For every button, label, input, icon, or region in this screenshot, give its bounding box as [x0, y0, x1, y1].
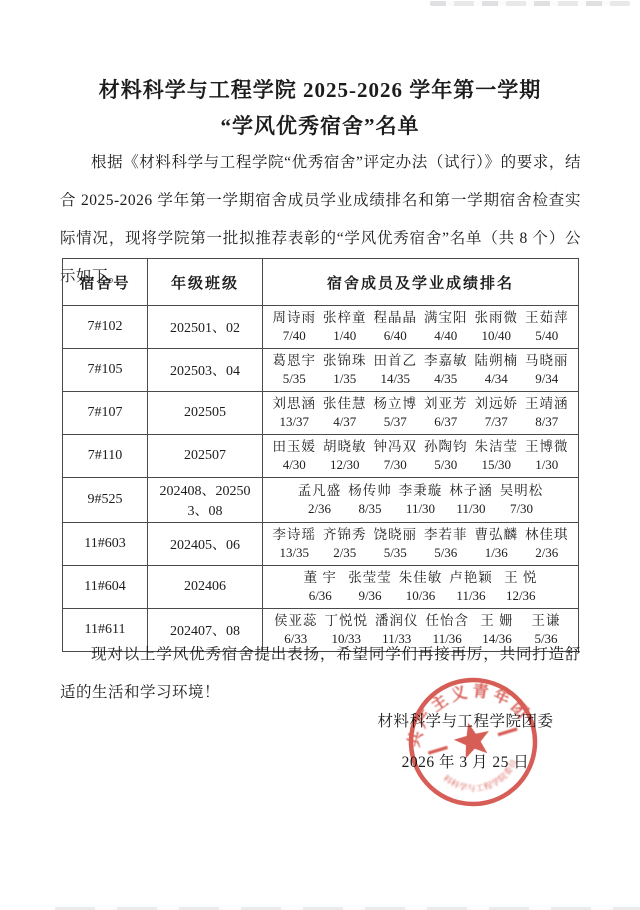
- member-rank: 13/37: [279, 413, 309, 431]
- room-number: 9#525: [63, 478, 148, 523]
- signature-org: 材料科学与工程学院团委: [368, 710, 563, 734]
- header-members: 宿舍成员及学业成绩排名: [263, 259, 579, 306]
- member: 吴明松7/30: [500, 482, 544, 518]
- member: 葛恩宇5/35: [273, 352, 317, 388]
- member: 田首乙14/35: [374, 352, 418, 388]
- member: 马晓丽9/34: [525, 352, 569, 388]
- table-row: 11#603 202405、06 李诗瑶13/35 齐锦秀2/35 饶晓丽5/3…: [63, 523, 579, 566]
- member-rank: 14/35: [380, 370, 410, 388]
- member-name: 董 宇: [304, 569, 337, 587]
- signature-block: 材料科学与工程学院团委 2026 年 3 月 25 日: [368, 710, 563, 775]
- member: 张佳慧4/37: [323, 395, 367, 431]
- member-name: 侯亚蕊: [274, 612, 318, 630]
- member-rank: 1/35: [333, 370, 356, 388]
- member-rank: 8/35: [358, 500, 381, 518]
- member-name: 张锦珠: [323, 352, 367, 370]
- member-rank: 6/37: [434, 413, 457, 431]
- member-rank: 2/35: [333, 544, 356, 562]
- member: 刘思涵13/37: [273, 395, 317, 431]
- member-rank: 6/36: [309, 587, 332, 605]
- member-rank: 12/30: [330, 456, 360, 474]
- member-name: 李嘉敏: [424, 352, 468, 370]
- table-row: 7#102 202501、02 周诗雨7/40 张梓童1/40 程晶晶6/40 …: [63, 306, 579, 349]
- member-name: 张莹莹: [348, 569, 392, 587]
- member-rank: 4/35: [434, 370, 457, 388]
- member: 孙陶钧5/30: [424, 438, 468, 474]
- member: 林佳琪2/36: [525, 526, 569, 562]
- member-name: 潘润仪: [375, 612, 419, 630]
- room-number: 11#603: [63, 523, 148, 566]
- member: 杨立博5/37: [374, 395, 418, 431]
- class-numbers: 202408、202503、08: [148, 478, 263, 523]
- table-row: 7#110 202507 田玉媛4/30 胡晓敏12/30 钟冯双7/30 孙陶…: [63, 435, 579, 478]
- header-class: 年级班级: [148, 259, 263, 306]
- member-name: 李秉璇: [399, 482, 443, 500]
- member: 王茹萍5/40: [525, 309, 569, 345]
- member-name: 陆朔楠: [475, 352, 519, 370]
- member-list: 李诗瑶13/35 齐锦秀2/35 饶晓丽5/35 李若菲5/36 曹弘麟1/36…: [266, 526, 575, 562]
- member-rank: 10/36: [406, 587, 436, 605]
- member: 田玉媛4/30: [273, 438, 317, 474]
- member-rank: 5/35: [384, 544, 407, 562]
- member-rank: 5/36: [434, 544, 457, 562]
- table-header-row: 宿舍号 年级班级 宿舍成员及学业成绩排名: [63, 259, 579, 306]
- closing-paragraph: 现对以上学风优秀宿舍提出表扬，希望同学们再接再厉，共同打造舒适的生活和学习环境！: [60, 636, 581, 712]
- member: 曹弘麟1/36: [475, 526, 519, 562]
- signature-date: 2026 年 3 月 25 日: [368, 751, 563, 775]
- member: 王博微1/30: [525, 438, 569, 474]
- member: 李若菲5/36: [424, 526, 468, 562]
- member-rank: 10/40: [481, 327, 511, 345]
- member-rank: 9/34: [535, 370, 558, 388]
- member-rank: 6/40: [384, 327, 407, 345]
- member-name: 田玉媛: [273, 438, 317, 456]
- member-rank: 4/30: [283, 456, 306, 474]
- member-name: 王 姗: [480, 612, 513, 630]
- member-name: 杨立博: [374, 395, 418, 413]
- member-rank: 12/36: [506, 587, 536, 605]
- member-rank: 15/30: [481, 456, 511, 474]
- member: 周诗雨7/40: [273, 309, 317, 345]
- member: 饶晓丽5/35: [374, 526, 418, 562]
- member-name: 任怡含: [426, 612, 470, 630]
- member-name: 林佳琪: [525, 526, 569, 544]
- member-rank: 5/35: [283, 370, 306, 388]
- member-name: 周诗雨: [273, 309, 317, 327]
- scan-artifact-top: [430, 1, 630, 6]
- member-list: 周诗雨7/40 张梓童1/40 程晶晶6/40 满宝阳4/40 张雨微10/40…: [266, 309, 575, 345]
- member-name: 孟凡盛: [298, 482, 342, 500]
- table-row: 7#107 202505 刘思涵13/37 张佳慧4/37 杨立博5/37 刘亚…: [63, 392, 579, 435]
- member: 王 悦12/36: [500, 569, 542, 605]
- member-rank: 1/30: [535, 456, 558, 474]
- member-name: 李诗瑶: [273, 526, 317, 544]
- member-rank: 1/36: [485, 544, 508, 562]
- room-number: 7#105: [63, 349, 148, 392]
- member-name: 张梓童: [323, 309, 367, 327]
- class-numbers: 202507: [148, 435, 263, 478]
- member: 王靖涵8/37: [525, 395, 569, 431]
- member-rank: 1/40: [333, 327, 356, 345]
- member: 刘远娇7/37: [475, 395, 519, 431]
- table-row: 11#604 202406 董 宇6/36 张莹莹9/36 朱佳敏10/36 卢…: [63, 566, 579, 609]
- member-name: 孙陶钧: [424, 438, 468, 456]
- member-rank: 4/34: [485, 370, 508, 388]
- member-name: 钟冯双: [374, 438, 418, 456]
- member: 朱洁莹15/30: [475, 438, 519, 474]
- member-name: 刘思涵: [273, 395, 317, 413]
- member-name: 卢艳颖: [449, 569, 493, 587]
- member-name: 吴明松: [500, 482, 544, 500]
- title-line-1: 材料科学与工程学院 2025-2026 学年第一学期: [0, 72, 640, 108]
- member: 李秉璇11/30: [399, 482, 443, 518]
- member: 李嘉敏4/35: [424, 352, 468, 388]
- member-name: 张雨微: [475, 309, 519, 327]
- member-name: 杨传帅: [348, 482, 392, 500]
- room-number: 7#110: [63, 435, 148, 478]
- member: 钟冯双7/30: [374, 438, 418, 474]
- member-name: 刘远娇: [475, 395, 519, 413]
- member-name: 张佳慧: [323, 395, 367, 413]
- member-list: 孟凡盛2/36 杨传帅8/35 李秉璇11/30 林子涵11/30 吴明松7/3…: [266, 482, 575, 518]
- member-rank: 5/40: [535, 327, 558, 345]
- member: 孟凡盛2/36: [298, 482, 342, 518]
- member: 程晶晶6/40: [374, 309, 418, 345]
- table-row: 9#525 202408、202503、08 孟凡盛2/36 杨传帅8/35 李…: [63, 478, 579, 523]
- class-numbers: 202503、04: [148, 349, 263, 392]
- table-row: 7#105 202503、04 葛恩宇5/35 张锦珠1/35 田首乙14/35…: [63, 349, 579, 392]
- member: 林子涵11/30: [449, 482, 493, 518]
- member: 胡晓敏12/30: [323, 438, 367, 474]
- member: 卢艳颖11/36: [449, 569, 493, 605]
- member-rank: 4/37: [333, 413, 356, 431]
- member-name: 王 悦: [504, 569, 537, 587]
- member-name: 刘亚芳: [424, 395, 468, 413]
- member-name: 曹弘麟: [475, 526, 519, 544]
- member: 杨传帅8/35: [348, 482, 392, 518]
- member: 刘亚芳6/37: [424, 395, 468, 431]
- member: 朱佳敏10/36: [399, 569, 443, 605]
- member-name: 王靖涵: [525, 395, 569, 413]
- member-name: 葛恩宇: [273, 352, 317, 370]
- member-name: 满宝阳: [424, 309, 468, 327]
- member-name: 朱佳敏: [399, 569, 443, 587]
- member-name: 林子涵: [449, 482, 493, 500]
- member-rank: 8/37: [535, 413, 558, 431]
- member-rank: 7/37: [485, 413, 508, 431]
- member: 张雨微10/40: [475, 309, 519, 345]
- member-name: 饶晓丽: [374, 526, 418, 544]
- member-rank: 11/30: [456, 500, 485, 518]
- member-rank: 2/36: [308, 500, 331, 518]
- member: 齐锦秀2/35: [323, 526, 367, 562]
- member-name: 齐锦秀: [323, 526, 367, 544]
- member-rank: 7/40: [283, 327, 306, 345]
- member-rank: 7/30: [384, 456, 407, 474]
- title-line-2: “学风优秀宿舍”名单: [0, 108, 640, 144]
- room-number: 7#107: [63, 392, 148, 435]
- member-name: 田首乙: [374, 352, 418, 370]
- header-room: 宿舍号: [63, 259, 148, 306]
- member-list: 董 宇6/36 张莹莹9/36 朱佳敏10/36 卢艳颖11/36 王 悦12/…: [266, 569, 575, 605]
- member: 张莹莹9/36: [348, 569, 392, 605]
- member-name: 程晶晶: [374, 309, 418, 327]
- member-rank: 4/40: [434, 327, 457, 345]
- member-rank: 5/30: [434, 456, 457, 474]
- member-name: 李若菲: [424, 526, 468, 544]
- member-rank: 11/30: [406, 500, 435, 518]
- class-numbers: 202505: [148, 392, 263, 435]
- member: 满宝阳4/40: [424, 309, 468, 345]
- member: 董 宇6/36: [299, 569, 341, 605]
- member-list: 田玉媛4/30 胡晓敏12/30 钟冯双7/30 孙陶钧5/30 朱洁莹15/3…: [266, 438, 575, 474]
- member-name: 王博微: [525, 438, 569, 456]
- member-list: 葛恩宇5/35 张锦珠1/35 田首乙14/35 李嘉敏4/35 陆朔楠4/34…: [266, 352, 575, 388]
- member-name: 丁悦悦: [325, 612, 369, 630]
- document-page: 材料科学与工程学院 2025-2026 学年第一学期 “学风优秀宿舍”名单 根据…: [0, 0, 640, 910]
- member: 李诗瑶13/35: [273, 526, 317, 562]
- member-name: 马晓丽: [525, 352, 569, 370]
- member-name: 王茹萍: [525, 309, 569, 327]
- member-name: 王谦: [532, 612, 561, 630]
- member-rank: 7/30: [510, 500, 533, 518]
- member-list: 刘思涵13/37 张佳慧4/37 杨立博5/37 刘亚芳6/37 刘远娇7/37…: [266, 395, 575, 431]
- member: 陆朔楠4/34: [475, 352, 519, 388]
- member-rank: 5/37: [384, 413, 407, 431]
- member: 张梓童1/40: [323, 309, 367, 345]
- member-name: 胡晓敏: [323, 438, 367, 456]
- class-numbers: 202501、02: [148, 306, 263, 349]
- member-rank: 11/36: [456, 587, 485, 605]
- class-numbers: 202405、06: [148, 523, 263, 566]
- room-number: 11#604: [63, 566, 148, 609]
- member-name: 朱洁莹: [475, 438, 519, 456]
- member-rank: 9/36: [358, 587, 381, 605]
- class-numbers: 202406: [148, 566, 263, 609]
- room-number: 7#102: [63, 306, 148, 349]
- member: 张锦珠1/35: [323, 352, 367, 388]
- document-title: 材料科学与工程学院 2025-2026 学年第一学期 “学风优秀宿舍”名单: [0, 72, 640, 144]
- dorm-roster-table: 宿舍号 年级班级 宿舍成员及学业成绩排名 7#102 202501、02 周诗雨…: [62, 258, 579, 652]
- member-rank: 13/35: [279, 544, 309, 562]
- member-rank: 2/36: [535, 544, 558, 562]
